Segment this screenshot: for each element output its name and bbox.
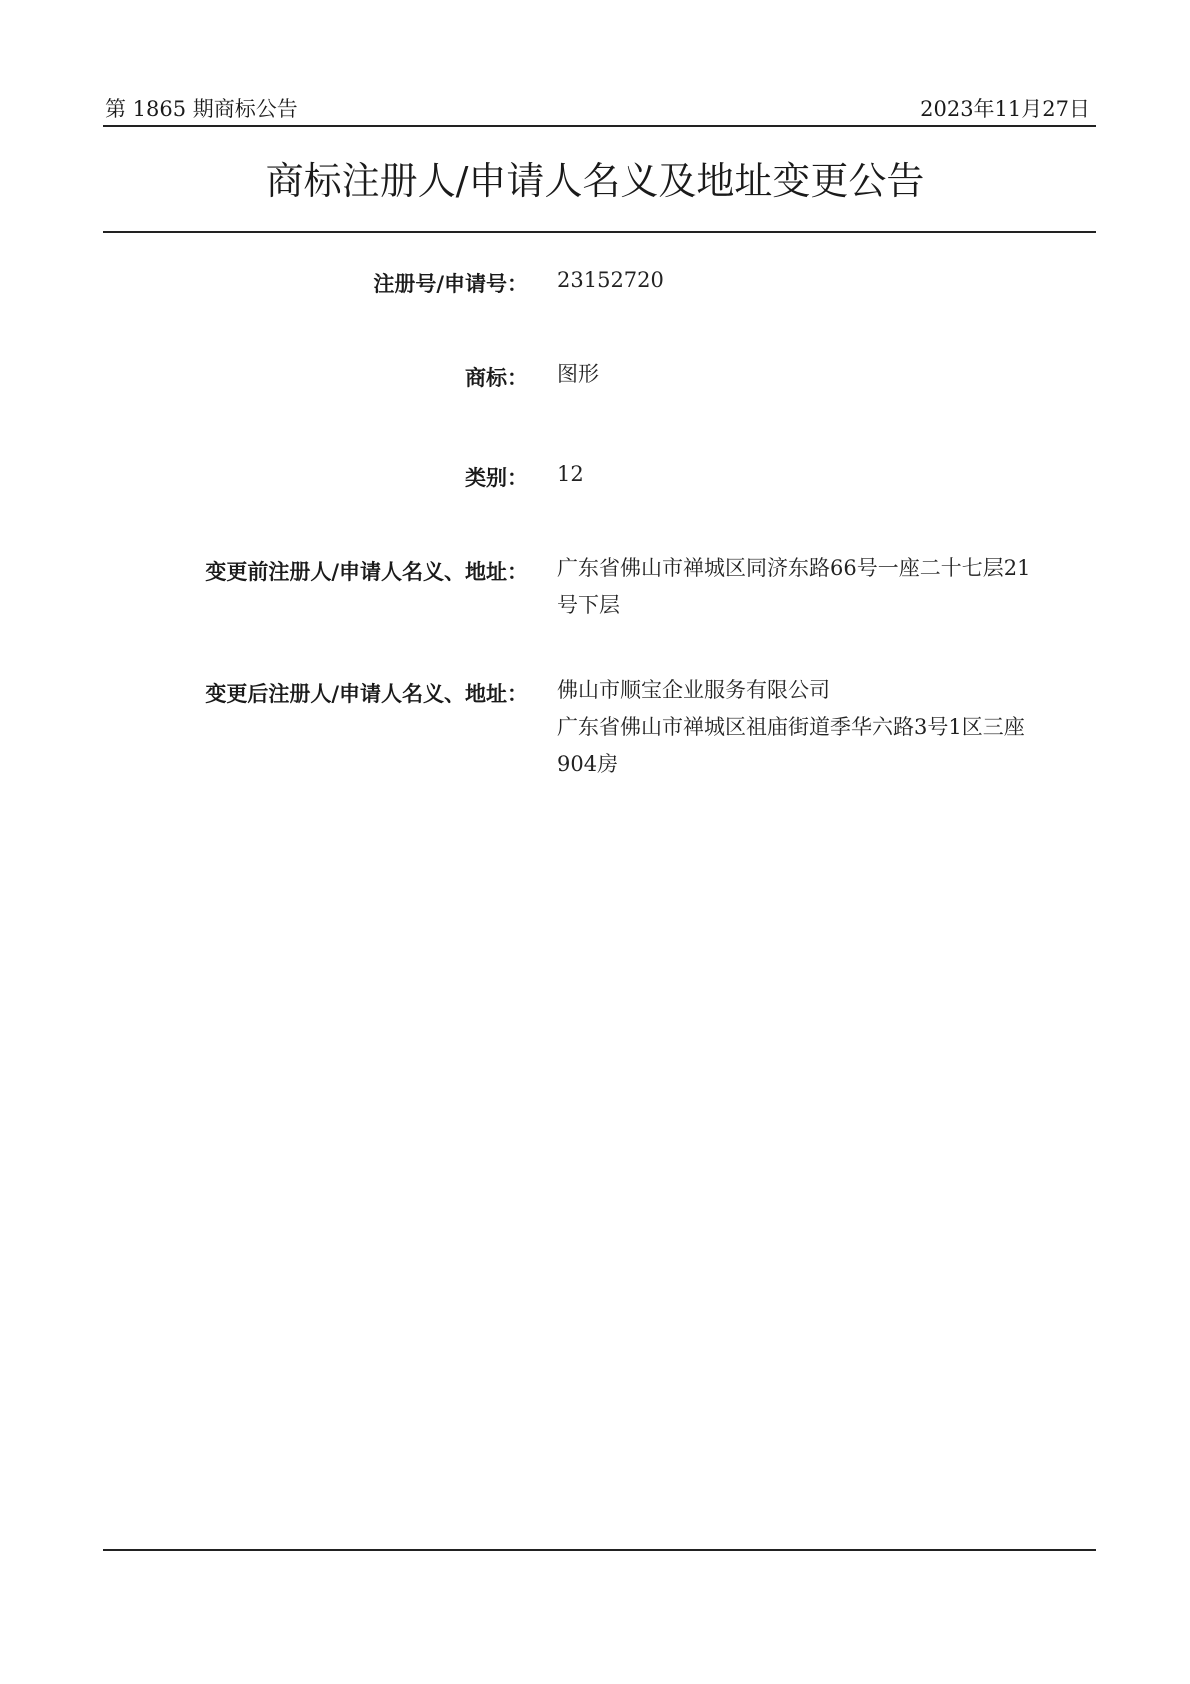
header-issue: 第 1865 期商标公告 xyxy=(105,93,298,123)
value-line: 广东省佛山市禅城区同济东路66号一座二十七层21 xyxy=(557,550,1087,587)
page-title: 商标注册人/申请人名义及地址变更公告 xyxy=(0,150,1190,205)
field-value: 广东省佛山市禅城区同济东路66号一座二十七层21 号下层 xyxy=(557,550,1087,624)
field-value: 23152720 xyxy=(557,262,1087,299)
value-line: 图形 xyxy=(557,356,1087,393)
field-label: 变更后注册人/申请人名义、地址： xyxy=(205,678,528,708)
value-line: 904房 xyxy=(557,746,1087,783)
field-value: 佛山市顺宝企业服务有限公司 广东省佛山市禅城区祖庙街道季华六路3号1区三座 90… xyxy=(557,672,1087,783)
field-label: 变更前注册人/申请人名义、地址： xyxy=(205,556,528,586)
value-line: 23152720 xyxy=(557,262,1087,299)
value-line: 12 xyxy=(557,456,1087,493)
field-label: 注册号/申请号： xyxy=(373,268,528,298)
footer-rule xyxy=(103,1549,1096,1551)
value-line: 广东省佛山市禅城区祖庙街道季华六路3号1区三座 xyxy=(557,709,1087,746)
field-value: 图形 xyxy=(557,356,1087,393)
value-line: 号下层 xyxy=(557,587,1087,624)
field-label: 商标： xyxy=(465,362,528,392)
title-rule xyxy=(103,231,1096,233)
header-rule xyxy=(103,125,1096,127)
field-label: 类别： xyxy=(465,462,528,492)
header-date: 2023年11月27日 xyxy=(920,93,1090,123)
value-line: 佛山市顺宝企业服务有限公司 xyxy=(557,672,1087,709)
field-value: 12 xyxy=(557,456,1087,493)
